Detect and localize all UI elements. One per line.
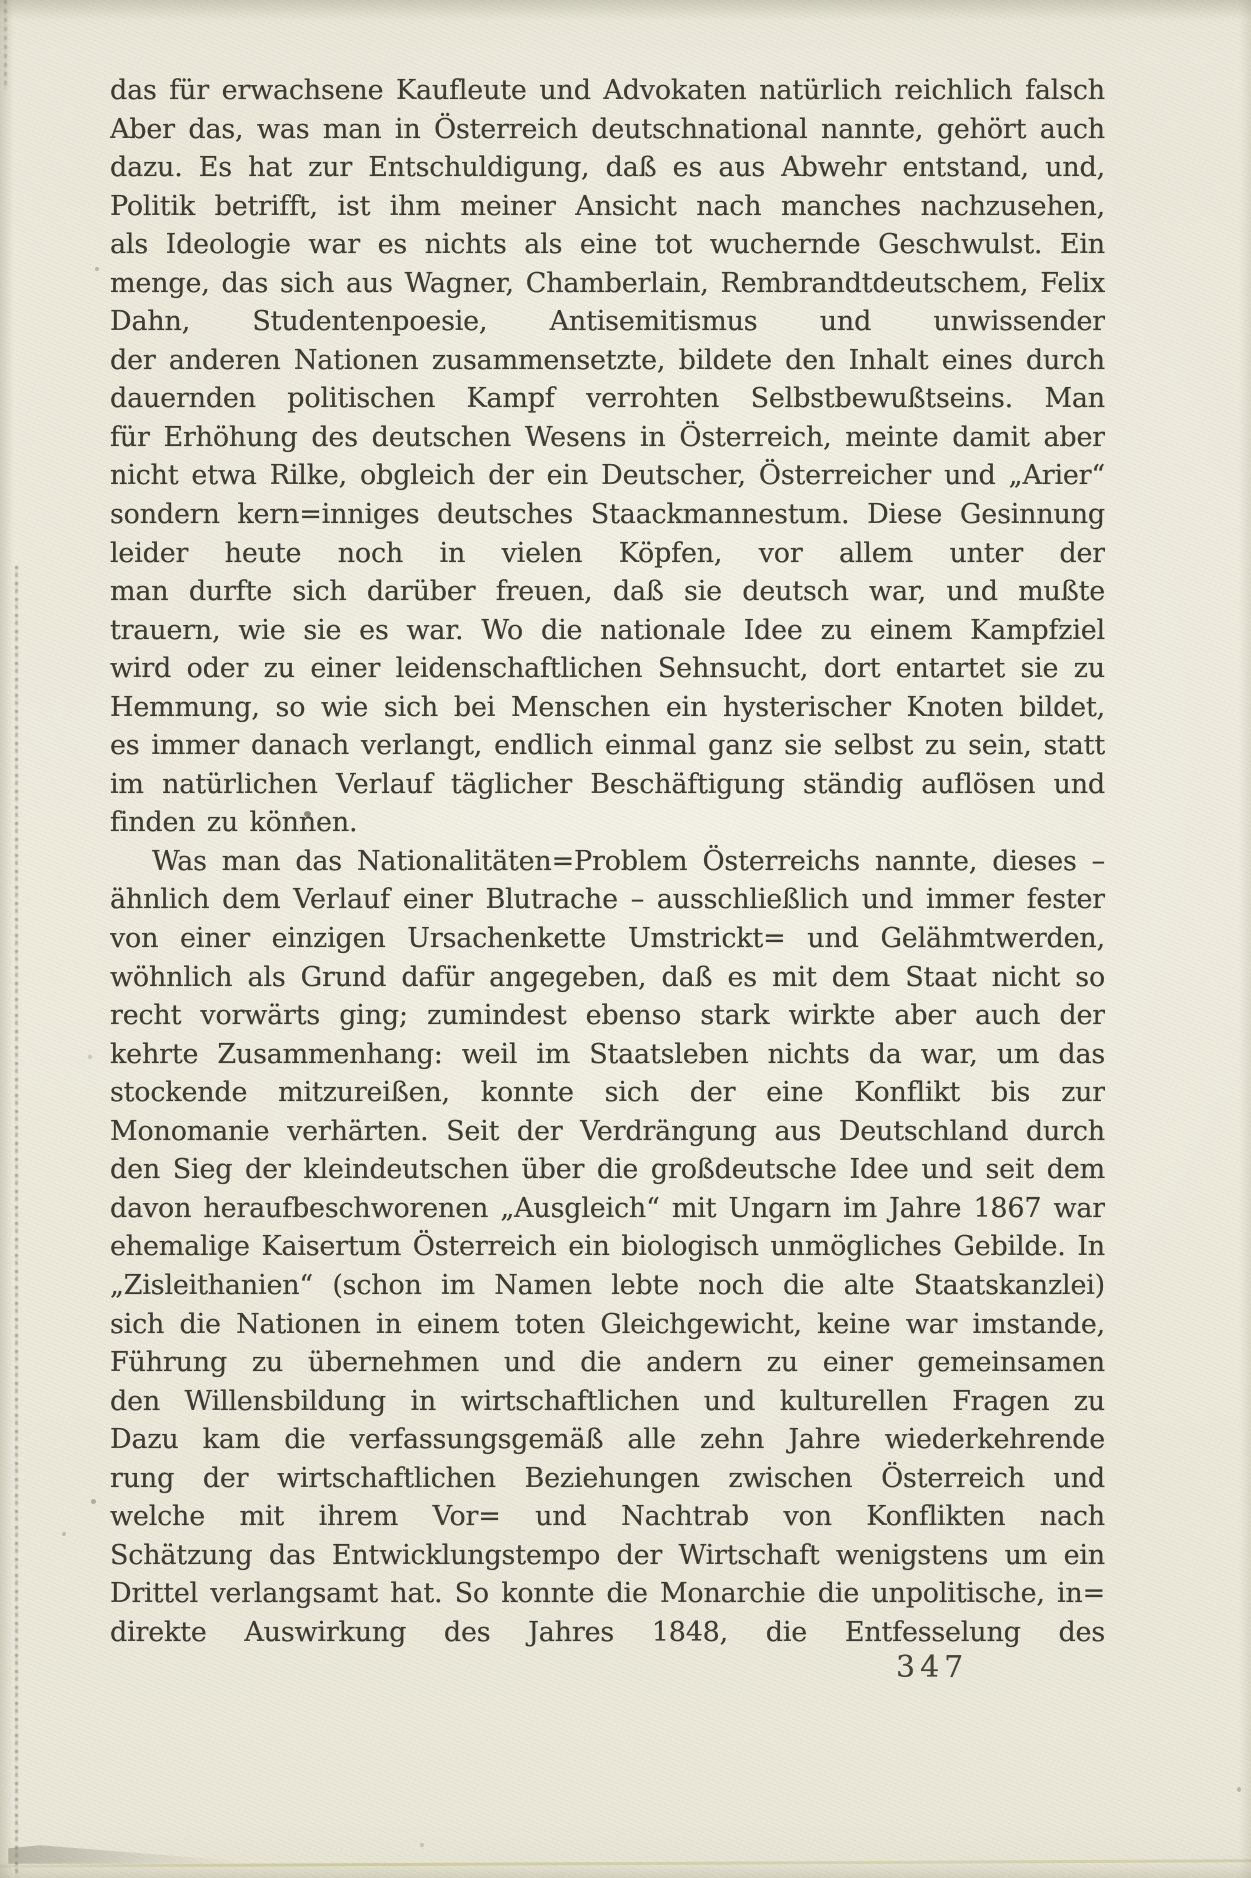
text-line: leider heute noch in vielen Köpfen, vor … <box>110 535 1105 574</box>
text-line: man durfte sich darüber freuen, daß sie … <box>110 573 1105 612</box>
ink-speck <box>304 811 311 817</box>
text-line: trauern, wie sie es war. Wo die national… <box>110 612 1105 651</box>
text-line: recht vorwärts ging; zumindest ebenso st… <box>110 997 1105 1036</box>
text-line: wöhnlich als Grund dafür angegeben, daß … <box>110 959 1105 998</box>
text-line: das für erwachsene Kaufleute und Advokat… <box>110 72 1105 111</box>
ink-speck <box>1237 1787 1241 1792</box>
text-line: menge, das sich aus Wagner, Chamberlain,… <box>110 265 1105 304</box>
ink-speck <box>62 1532 66 1536</box>
text-line: sondern kern=inniges deutsches Staackman… <box>110 496 1105 535</box>
text-line: für Erhöhung des deutschen Wesens in Öst… <box>110 419 1105 458</box>
text-line: den Willensbildung in wirtschaftlichen u… <box>110 1383 1105 1422</box>
text-line: Monomanie verhärten. Seit der Verdrängun… <box>110 1113 1105 1152</box>
text-line: ähnlich dem Verlauf einer Blutrache – au… <box>110 881 1105 920</box>
text-line: Dahn, Studentenpoesie, Antisemitismus un… <box>110 303 1105 342</box>
text-line: im natürlichen Verlauf täglicher Beschäf… <box>110 766 1105 805</box>
text-line: Dazu kam die verfassungsgemäß alle zehn … <box>110 1421 1105 1460</box>
text-line: sich die Nationen in einem toten Gleichg… <box>110 1306 1105 1345</box>
text-line: Drittel verlangsamt hat. So konnte die M… <box>110 1575 1105 1614</box>
text-line: welche mit ihrem Vor= und Nachtrab von K… <box>110 1498 1105 1537</box>
ink-speck <box>420 1843 424 1847</box>
text-line: es immer danach verlangt, endlich einmal… <box>110 727 1105 766</box>
text-line: Was man das Nationalitäten=Problem Öster… <box>110 843 1105 882</box>
text-line: als Ideologie war es nichts als eine tot… <box>110 226 1105 265</box>
text-line: von einer einzigen Ursachenkette Umstric… <box>110 920 1105 959</box>
text-line: rung der wirtschaftlichen Beziehungen zw… <box>110 1460 1105 1499</box>
text-line: Schätzung das Entwicklungstempo der Wirt… <box>110 1537 1105 1576</box>
ink-speck <box>88 1055 92 1059</box>
text-line: kehrte Zusammenhang: weil im Staatsleben… <box>110 1036 1105 1075</box>
text-line: ehemalige Kaisertum Österreich ein biolo… <box>110 1228 1105 1267</box>
scanned-book-page: das für erwachsene Kaufleute und Advokat… <box>0 0 1251 1878</box>
text-line: Aber das, was man in Österreich deutschn… <box>110 111 1105 150</box>
text-line: davon heraufbeschworenen „Ausgleich“ mit… <box>110 1190 1105 1229</box>
text-line: wird oder zu einer leidenschaftlichen Se… <box>110 650 1105 689</box>
text-line: „Zisleithanien“ (schon im Namen lebte no… <box>110 1267 1105 1306</box>
ink-speck <box>95 267 99 271</box>
text-line: Führung zu übernehmen und die andern zu … <box>110 1344 1105 1383</box>
text-line: dazu. Es hat zur Entschuldigung, daß es … <box>110 149 1105 188</box>
text-line: finden zu können. <box>110 804 1105 843</box>
body-text: das für erwachsene Kaufleute und Advokat… <box>110 72 1105 1652</box>
scan-crease-line <box>15 566 18 1878</box>
text-line: der anderen Nationen zusammensetzte, bil… <box>110 342 1105 381</box>
ink-speck <box>91 1499 96 1504</box>
page-number: 347 <box>896 1650 968 1685</box>
text-line: dauernden politischen Kampf verrohten Se… <box>110 380 1105 419</box>
text-line: stockende mitzureißen, konnte sich der e… <box>110 1074 1105 1113</box>
scan-bottom-smudge <box>8 1838 238 1864</box>
scan-crease-line-top <box>4 0 7 90</box>
text-line: direkte Auswirkung des Jahres 1848, die … <box>110 1614 1105 1653</box>
text-line: Politik betrifft, ist ihm meiner Ansicht… <box>110 188 1105 227</box>
text-line: Hemmung, so wie sich bei Menschen ein hy… <box>110 689 1105 728</box>
text-line: den Sieg der kleindeutschen über die gro… <box>110 1151 1105 1190</box>
text-line: nicht etwa Rilke, obgleich der ein Deuts… <box>110 457 1105 496</box>
